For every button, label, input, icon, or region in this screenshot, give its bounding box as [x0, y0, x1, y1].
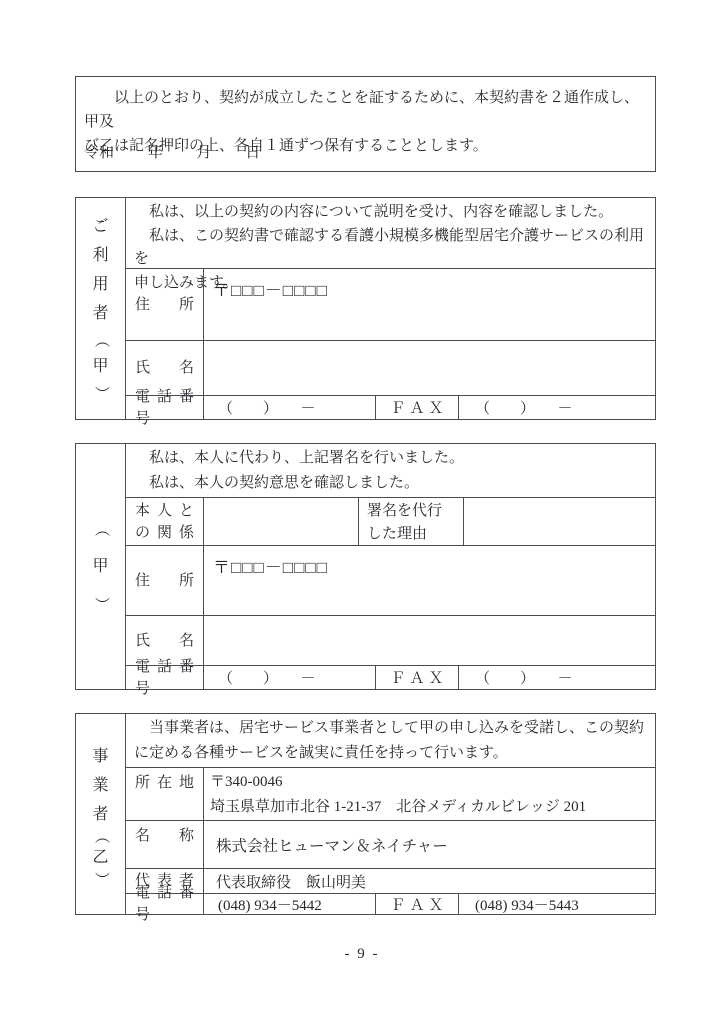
provider-fax-value: (048) 934－5443 [459, 894, 655, 914]
provider-phone-value: (048) 934－5442 [204, 894, 376, 914]
provider-company-row: 名称 株式会社ヒューマン＆ネイチャー [126, 821, 655, 869]
proxy-phone-row: 電話番号 （ ） － ＦＡＸ （ ） － [126, 666, 655, 689]
proxy-relation-row: 本人と の関係 署名を代行 した理由 [126, 498, 655, 546]
user-address-label: 住所 [126, 269, 204, 340]
proxy-statement-text: 私は、本人に代わり、上記署名を行いました。 私は、本人の契約意思を確認しました。 [126, 444, 655, 497]
proxy-relation-value [204, 498, 359, 545]
user-phone-row: 電話番号 （ ） － ＦＡＸ （ ） － [126, 396, 655, 419]
page-number: - 9 - [0, 946, 724, 963]
provider-company-label: 名称 [126, 821, 204, 868]
provider-statement-text: 当事業者は、居宅サービス事業者として甲の申し込みを受諾し、この契約 に定める各種… [126, 714, 655, 767]
user-section-table: ご利用者（甲） 私は、以上の契約の内容について説明を受け、内容を確認しました。 … [75, 197, 656, 420]
closing-statement-box: 以上のとおり、契約が成立したことを証するために、本契約書を２通作成し、甲及 び乙… [75, 76, 656, 172]
contract-signature-page: 以上のとおり、契約が成立したことを証するために、本契約書を２通作成し、甲及 び乙… [0, 0, 724, 1024]
user-name-value [204, 341, 655, 395]
user-side-label: ご利用者（甲） [76, 198, 126, 419]
proxy-sign-reason-value [464, 498, 655, 545]
provider-location-label: 所在地 [126, 768, 204, 820]
user-fax-value: （ ） － [459, 396, 655, 419]
proxy-name-value [204, 616, 655, 665]
provider-phone-label: 電話番号 [126, 894, 204, 914]
user-statement-text: 私は、以上の契約の内容について説明を受け、内容を確認しました。 私は、この契約書… [126, 198, 655, 268]
proxy-fax-value: （ ） － [459, 666, 655, 689]
proxy-name-row: 氏名 [126, 616, 655, 666]
provider-section-table: 事業者（乙） 当事業者は、居宅サービス事業者として甲の申し込みを受諾し、この契約… [75, 713, 656, 915]
provider-fax-label: ＦＡＸ [376, 894, 459, 914]
user-name-row: 氏名 [126, 341, 655, 396]
user-phone-label: 電話番号 [126, 396, 204, 419]
proxy-side-label: （甲） [76, 444, 126, 689]
user-address-row: 住所 〒□□□－□□□□ [126, 269, 655, 341]
provider-representative-value: 代表取締役 飯山明美 [204, 869, 655, 893]
proxy-relation-label: 本人と の関係 [126, 498, 204, 545]
proxy-phone-value: （ ） － [204, 666, 376, 689]
user-statement-row: 私は、以上の契約の内容について説明を受け、内容を確認しました。 私は、この契約書… [126, 198, 655, 269]
provider-representative-row: 代表者 代表取締役 飯山明美 [126, 869, 655, 894]
date-line: 令和 年 月 日 [84, 141, 260, 165]
provider-location-value: 〒340-0046 埼玉県草加市北谷 1-21-37 北谷メディカルビレッジ 2… [204, 768, 655, 820]
provider-side-label: 事業者（乙） [76, 714, 126, 914]
proxy-section-table: （甲） 私は、本人に代わり、上記署名を行いました。 私は、本人の契約意思を確認し… [75, 443, 656, 690]
proxy-address-row: 住所 〒□□□－□□□□ [126, 546, 655, 616]
proxy-phone-label: 電話番号 [126, 666, 204, 689]
user-phone-value: （ ） － [204, 396, 376, 419]
provider-phone-row: 電話番号 (048) 934－5442 ＦＡＸ (048) 934－5443 [126, 894, 655, 914]
user-postal-placeholder: 〒□□□－□□□□ [204, 269, 655, 340]
user-fax-label: ＦＡＸ [376, 396, 459, 419]
proxy-statement-row: 私は、本人に代わり、上記署名を行いました。 私は、本人の契約意思を確認しました。 [126, 444, 655, 498]
provider-company-value: 株式会社ヒューマン＆ネイチャー [204, 821, 655, 868]
proxy-fax-label: ＦＡＸ [376, 666, 459, 689]
provider-location-row: 所在地 〒340-0046 埼玉県草加市北谷 1-21-37 北谷メディカルビレ… [126, 768, 655, 821]
proxy-address-label: 住所 [126, 546, 204, 615]
proxy-sign-reason-label: 署名を代行 した理由 [359, 498, 464, 545]
proxy-postal-placeholder: 〒□□□－□□□□ [204, 546, 655, 615]
provider-statement-row: 当事業者は、居宅サービス事業者として甲の申し込みを受諾し、この契約 に定める各種… [126, 714, 655, 768]
